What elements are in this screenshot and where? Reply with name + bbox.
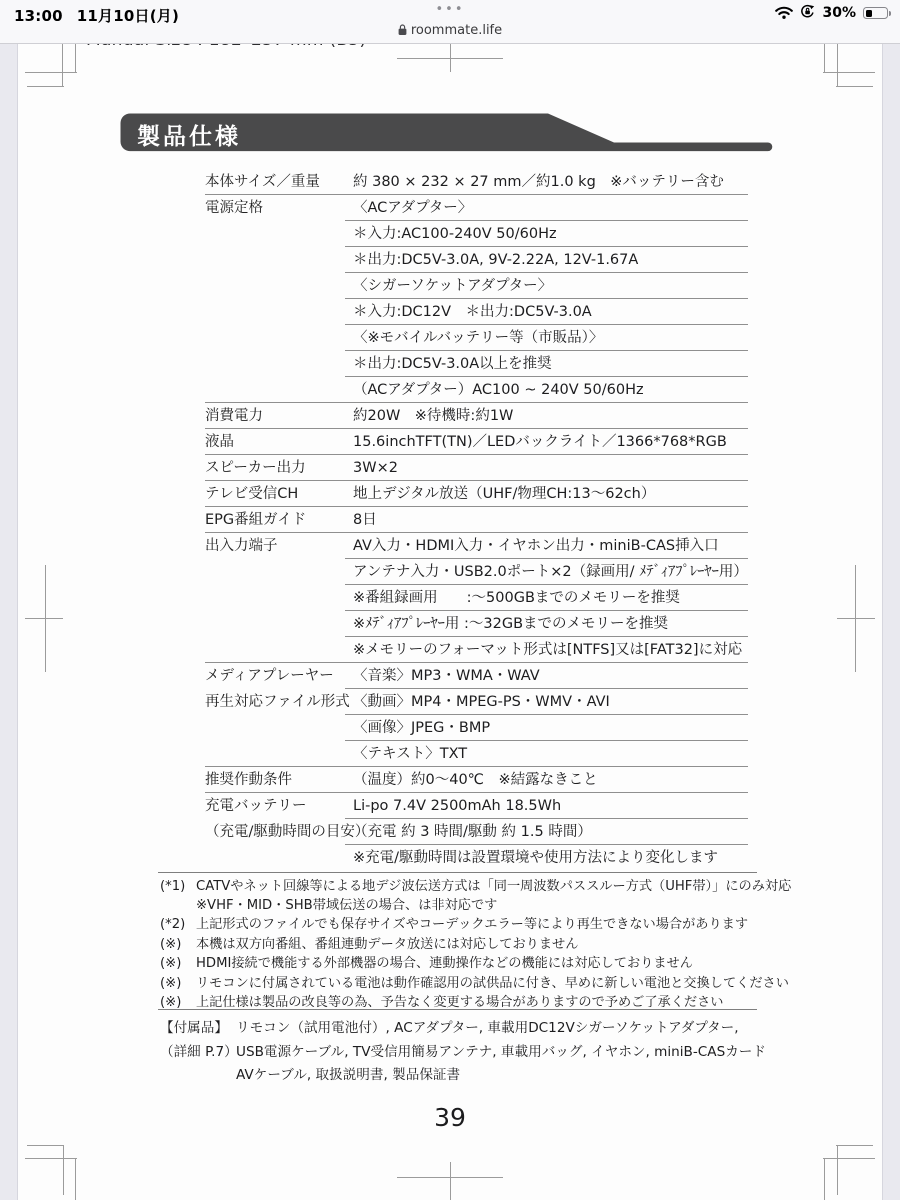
footnote-marker: (※)	[160, 936, 196, 955]
spec-row-value: （温度）約0～40℃ ※結露なきこと	[345, 767, 748, 793]
tab-overview-dots[interactable]: •••	[0, 2, 900, 17]
footnote-line: 本機は双方向番組、番組連動データ放送には対応しておりません	[196, 936, 760, 955]
screen: { "status_bar": { "time": "13:00", "date…	[0, 0, 900, 1200]
spec-row-label	[205, 299, 345, 325]
page-margin-right	[882, 44, 900, 1200]
crop-mark	[836, 86, 873, 87]
crop-mark	[823, 1158, 875, 1159]
footnote: (※)上記仕様は製品の改良等の為、予告なく変更する場合がありますので予めご了承く…	[160, 994, 760, 1013]
crop-mark	[27, 86, 64, 87]
spec-row-label: メディアプレーヤー	[205, 663, 345, 689]
spec-row-value: ※メモリーのフォーマット形式は[NTFS]又は[FAT32]に対応	[345, 637, 748, 663]
spec-row-label: スピーカー出力	[205, 455, 345, 481]
spec-row-value: ＊出力:DC5V-3.0A以上を推奨	[345, 351, 748, 377]
lock-icon	[398, 24, 407, 40]
footnote: (※)本機は双方向番組、番組連動データ放送には対応しておりません	[160, 936, 760, 955]
footnote-line: ※VHF・MID・SHB帯域伝送の場合、は非対応です	[196, 897, 791, 916]
spec-row-value: 約 380 × 232 × 27 mm／約1.0 kg ※バッテリー含む	[345, 169, 748, 195]
orientation-lock-icon	[800, 4, 815, 23]
browser-chrome: 13:0011月10日(月) ••• 30% roommate.life	[0, 0, 900, 44]
spec-row-label	[205, 377, 345, 403]
spec-row-value: 3W×2	[345, 455, 748, 481]
spec-row-label: テレビ受信CH	[205, 481, 345, 507]
crop-mark	[25, 618, 63, 619]
footnotes: (*1)CATVやネット回線等による地デジ波伝送方式は「同一周波数パススルー方式…	[160, 878, 760, 1014]
spec-row-value: 〈動画〉MP4・MPEG-PS・WMV・AVI	[345, 689, 748, 715]
spec-row-label: 充電バッテリー	[205, 793, 345, 819]
footnote: (*1)CATVやネット回線等による地デジ波伝送方式は「同一周波数パススルー方式…	[160, 878, 760, 915]
accessories-section: 【付属品】（詳細 P.7） リモコン（試用電池付）, ACアダプター, 車載用D…	[160, 1017, 760, 1088]
spec-row-value: アンテナ入力・USB2.0ポート×2（録画用/ ﾒﾃﾞｨｱﾌﾟﾚｰﾔｰ用）	[345, 559, 748, 585]
spec-row-value: 地上デジタル放送（UHF/物理CH:13～62ch）	[345, 481, 748, 507]
page-margin-left	[0, 44, 18, 1200]
crop-mark	[823, 72, 875, 73]
footnote-text: リモコンに付属されている電池は動作確認用の試供品に付き、早めに新しい電池と交換し…	[196, 975, 789, 994]
spec-row-label: 電源定格	[205, 195, 345, 221]
spec-table: 本体サイズ／重量約 380 × 232 × 27 mm／約1.0 kg ※バッテ…	[205, 169, 702, 871]
footnote-text: 上記仕様は製品の改良等の為、予告なく変更する場合がありますので予めご了承ください	[196, 994, 760, 1013]
crop-mark	[824, 44, 825, 73]
accessories-label-line: 【付属品】	[160, 1017, 236, 1041]
address-bar[interactable]: roommate.life	[0, 23, 900, 40]
crop-mark	[75, 44, 76, 73]
spec-row-label	[205, 741, 345, 767]
crop-mark	[837, 618, 875, 619]
footnote-marker: (*2)	[160, 916, 196, 935]
spec-row-label: 消費電力	[205, 403, 345, 429]
spec-row-label	[205, 637, 345, 663]
accessories-label-line: （詳細 P.7）	[160, 1041, 236, 1065]
page-number: 39	[0, 1103, 900, 1132]
spec-row-label	[205, 273, 345, 299]
crop-mark	[27, 1145, 64, 1146]
crop-mark	[75, 1158, 76, 1200]
crop-mark	[837, 44, 838, 87]
spec-row-label	[205, 325, 345, 351]
spec-row-label	[205, 559, 345, 585]
section-divider	[158, 872, 757, 873]
footnote: (※)HDMI接続で機能する外部機器の場合、連動操作などの機能には対応しておりま…	[160, 955, 760, 974]
spec-row-label	[205, 247, 345, 273]
footnote-text: 本機は双方向番組、番組連動データ放送には対応しておりません	[196, 936, 760, 955]
spec-row-value: Li-po 7.4V 2500mAh 18.5Wh	[345, 793, 748, 819]
spec-row-value: 〈画像〉JPEG・BMP	[345, 715, 748, 741]
spec-row-value: ※ﾒﾃﾞｨｱﾌﾟﾚｰﾔｰ用 :～32GBまでのメモリーを推奨	[345, 611, 748, 637]
spec-row-value: ＊入力:DC12V ＊出力:DC5V-3.0A	[345, 299, 748, 325]
spec-row-value: ※番組録画用 :～500GBまでのメモリーを推奨	[345, 585, 748, 611]
spec-row-label	[205, 221, 345, 247]
spec-row-value: 〈シガーソケットアダプター〉	[345, 273, 748, 299]
crop-mark	[25, 1158, 77, 1159]
footnote-line: 上記仕様は製品の改良等の為、予告なく変更する場合がありますので予めご了承ください	[196, 994, 760, 1013]
spec-row-label	[205, 611, 345, 637]
footnote-marker: (※)	[160, 975, 196, 994]
footnote-marker: (*1)	[160, 878, 196, 915]
crop-mark	[837, 1145, 838, 1195]
spec-row-value: 〈テキスト〉TXT	[345, 741, 748, 767]
footnote: (*2)上記形式のファイルでも保存サイズやコーデックエラー等により再生できない場…	[160, 916, 760, 935]
footnote: (※)リモコンに付属されている電池は動作確認用の試供品に付き、早めに新しい電池と…	[160, 975, 760, 994]
spec-row-label: 出入力端子	[205, 533, 345, 559]
footnote-line: 上記形式のファイルでも保存サイズやコーデックエラー等により再生できない場合があり…	[196, 916, 760, 935]
spec-row-value: 〈ACアダプター〉	[345, 195, 748, 221]
crop-mark	[397, 1177, 503, 1178]
spec-row-label	[205, 845, 345, 871]
battery-percent: 30%	[822, 5, 856, 21]
wifi-icon	[775, 4, 793, 23]
spec-row-label: 再生対応ファイル形式	[205, 689, 345, 715]
spec-row-label: （充電/駆動時間の目安）	[205, 819, 345, 845]
footnote-text: CATVやネット回線等による地デジ波伝送方式は「同一周波数パススルー方式（UHF…	[196, 878, 791, 915]
spec-row-label: 本体サイズ／重量	[205, 169, 345, 195]
spec-row-label	[205, 351, 345, 377]
accessories-item-line: リモコン（試用電池付）, ACアダプター, 車載用DC12Vシガーソケットアダプ…	[236, 1017, 766, 1041]
accessories-items-column: リモコン（試用電池付）, ACアダプター, 車載用DC12Vシガーソケットアダプ…	[236, 1017, 766, 1088]
spec-row-value: 〈音楽〉MP3・WMA・WAV	[345, 663, 748, 689]
spec-row-value: AV入力・HDMI入力・イヤホン出力・miniB-CAS挿入口	[345, 533, 748, 559]
footnote-marker: (※)	[160, 994, 196, 1013]
accessories-item-line: AVケーブル, 取扱説明書, 製品保証書	[236, 1064, 766, 1088]
crop-mark	[63, 1145, 64, 1195]
spec-row-value: ＊出力:DC5V-3.0A, 9V-2.22A, 12V-1.67A	[345, 247, 748, 273]
footnote-text: HDMI接続で機能する外部機器の場合、連動操作などの機能には対応しておりません	[196, 955, 760, 974]
crop-mark	[450, 1162, 451, 1200]
spec-row-label: 推奨作動条件	[205, 767, 345, 793]
spec-row-value: 〈※モバイルバッテリー等（市販品）〉	[345, 325, 748, 351]
crop-mark	[62, 44, 63, 87]
spec-row-label: 液晶	[205, 429, 345, 455]
footnote-marker: (※)	[160, 955, 196, 974]
footnote-line: リモコンに付属されている電池は動作確認用の試供品に付き、早めに新しい電池と交換し…	[196, 975, 789, 994]
spec-row-label	[205, 715, 345, 741]
spec-row-value: 8日	[345, 507, 748, 533]
spec-row-value: 15.6inchTFT(TN)／LEDバックライト／1366*768*RGB	[345, 429, 748, 455]
footnote-line: CATVやネット回線等による地デジ波伝送方式は「同一周波数パススルー方式（UHF…	[196, 878, 791, 897]
spec-row-label: EPG番組ガイド	[205, 507, 345, 533]
spec-row-value: ＊入力:AC100-240V 50/60Hz	[345, 221, 748, 247]
accessories-label-column: 【付属品】（詳細 P.7）	[160, 1017, 236, 1088]
crop-mark	[25, 72, 77, 73]
status-icons: 30%	[775, 5, 888, 21]
spec-row-value: 約20W ※待機時:約1W	[345, 403, 748, 429]
spec-row-value: ※充電/駆動時間は設置環境や使用方法により変化します	[345, 845, 748, 871]
section-title: 製品仕様	[137, 118, 241, 151]
footnote-text: 上記形式のファイルでも保存サイズやコーデックエラー等により再生できない場合があり…	[196, 916, 760, 935]
url-text: roommate.life	[411, 23, 502, 38]
battery-icon	[863, 7, 888, 19]
footnote-line: HDMI接続で機能する外部機器の場合、連動操作などの機能には対応しておりません	[196, 955, 760, 974]
crop-mark	[836, 1145, 873, 1146]
spec-row-value: （ACアダプター）AC100 ~ 240V 50/60Hz	[345, 377, 748, 403]
crop-mark	[824, 1158, 825, 1200]
crop-mark	[450, 44, 451, 72]
spec-row-label	[205, 585, 345, 611]
spec-row-value: （充電 約 3 時間/駆動 約 1.5 時間）	[345, 819, 748, 845]
section-banner: 製品仕様	[120, 113, 780, 152]
accessories-item-line: USB電源ケーブル, TV受信用簡易アンテナ, 車載用バッグ, イヤホン, mi…	[236, 1041, 766, 1065]
